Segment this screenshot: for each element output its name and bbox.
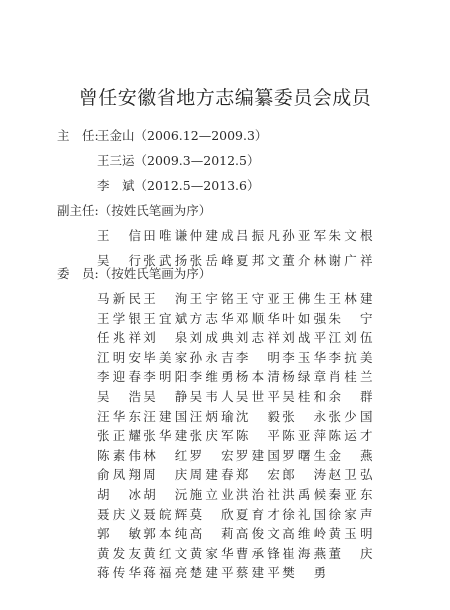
person-name: 王宜斌: [143, 311, 187, 327]
person-name: 罗 宏: [190, 448, 234, 464]
person-name: 孙永吉: [190, 350, 234, 366]
person-name: 沈 毅: [236, 409, 280, 425]
person-name: 江刘伍: [329, 330, 373, 346]
person-name: 周建春: [190, 467, 234, 483]
page-title: 曾任安徽省地方志编纂委员会成员: [0, 83, 450, 110]
person-name: 谢广祥: [329, 253, 373, 269]
person-name: 肖桂兰: [329, 369, 373, 385]
person-name: 聂庆义: [97, 507, 141, 523]
person-name: 夏育才: [236, 507, 280, 523]
person-name: 陈亚萍: [282, 428, 326, 444]
person-name: 刘战平: [282, 330, 326, 346]
director-entry: 李 斌（2012.5—2013.6）: [97, 178, 259, 194]
person-name: 黄红文: [143, 546, 187, 562]
person-name: 吕振凡: [236, 228, 280, 244]
person-name: 郎 涛: [282, 467, 326, 483]
person-name: 杨绿章: [282, 369, 326, 385]
person-name: 张少国: [329, 409, 373, 425]
deputy-label-text: 副主任:: [57, 203, 99, 218]
person-name: 任兆祥: [97, 330, 141, 346]
person-name: 汪炳瑜: [190, 409, 234, 425]
person-name: 罗曙生: [282, 448, 326, 464]
person-name: 陈素伟: [97, 448, 141, 464]
person-name: 王 信: [97, 228, 141, 244]
person-name: 俞凤翔: [97, 467, 141, 483]
person-name: 黄家华: [190, 546, 234, 562]
person-name: 秦亚东: [329, 487, 373, 503]
person-name: 吴桂和: [282, 389, 326, 405]
person-name: 张庆军: [190, 428, 234, 444]
person-name: 李玉华: [282, 350, 326, 366]
deputy-order-note: （按姓氏笔画为序）: [99, 203, 212, 218]
person-name: 黄玉明: [329, 526, 373, 542]
person-name: 夏邦文: [236, 253, 280, 269]
person-name: 施立业: [190, 487, 234, 503]
person-name: 郭本纯: [143, 526, 187, 542]
person-name: 樊 勇: [282, 565, 326, 581]
person-name: 刘 泉: [143, 330, 187, 346]
person-name: 崔海燕: [282, 546, 326, 562]
person-name: 胡 沅: [143, 487, 187, 503]
person-name: 周 庆: [143, 467, 187, 483]
person-name: 洪禹候: [282, 487, 326, 503]
person-name: 王佛生: [282, 291, 326, 307]
person-name: 李迎春: [97, 369, 141, 385]
members-order-note: （按姓氏笔画为序）: [99, 266, 212, 281]
person-name: 李维勇: [190, 369, 234, 385]
person-name: 聂皖辉: [143, 507, 187, 523]
person-name: 徐礼国: [282, 507, 326, 523]
person-name: 朱文根: [329, 228, 373, 244]
person-name: 高维岭: [282, 526, 326, 542]
person-name: 杨本清: [236, 369, 280, 385]
person-name: 高俊文: [236, 526, 280, 542]
person-name: 蒋传华: [97, 565, 141, 581]
person-name: 吴 静: [143, 389, 187, 405]
person-name: 方志华: [190, 311, 234, 327]
person-name: 吴韦人: [190, 389, 234, 405]
deputy-director-label: 副主任:（按姓氏笔画为序）: [57, 203, 211, 219]
person-name: 田唯谦: [143, 228, 187, 244]
person-name: 李明阳: [143, 369, 187, 385]
person-name: 汪华东: [97, 409, 141, 425]
person-name: 金 燕: [329, 448, 373, 464]
person-name: 林 红: [143, 448, 187, 464]
members-label: 委 员:（按姓氏笔画为序）: [57, 266, 211, 282]
person-name: 蔡建平: [236, 565, 280, 581]
person-name: 蒋福亮: [143, 565, 187, 581]
person-name: 毕美家: [143, 350, 187, 366]
person-name: 董 庆: [329, 546, 373, 562]
person-name: 刘成典: [190, 330, 234, 346]
person-name: 楚建平: [190, 565, 234, 581]
person-name: 王守亚: [236, 291, 280, 307]
person-name: 邓顺华: [236, 311, 280, 327]
person-name: 陈运才: [329, 428, 373, 444]
person-name: 郭 敏: [97, 526, 141, 542]
person-name: 李 明: [236, 350, 280, 366]
person-name: 吴世平: [236, 389, 280, 405]
person-name: 刘志祥: [236, 330, 280, 346]
person-name: 王学银: [97, 311, 141, 327]
person-name: 仲建成: [190, 228, 234, 244]
person-name: 董介林: [282, 253, 326, 269]
person-name: 王林建: [329, 291, 373, 307]
members-label-text: 委 员:: [57, 266, 99, 281]
person-name: 张正耀: [97, 428, 141, 444]
person-name: 黄发友: [97, 546, 141, 562]
person-name: 马新民: [97, 291, 141, 307]
person-name: 张华建: [143, 428, 187, 444]
director-label: 主 任:: [57, 128, 99, 144]
person-name: 洪治社: [236, 487, 280, 503]
person-name: 李抗美: [329, 350, 373, 366]
person-name: 曹承锋: [236, 546, 280, 562]
person-name: 胡 冰: [97, 487, 141, 503]
person-name: 孙亚军: [282, 228, 326, 244]
director-entry: 王三运（2009.3—2012.5）: [97, 153, 259, 169]
person-name: 余 群: [329, 389, 373, 405]
person-name: 王宇铭: [190, 291, 234, 307]
person-name: 江明安: [97, 350, 141, 366]
person-name: 朱 宁: [329, 311, 373, 327]
person-name: 吴 浩: [97, 389, 141, 405]
person-name: 张 永: [282, 409, 326, 425]
person-name: 莫 欣: [190, 507, 234, 523]
person-name: 郑 宏: [236, 467, 280, 483]
person-name: 赵卫弘: [329, 467, 373, 483]
director-entry: 王金山（2006.12—2009.3）: [97, 128, 267, 144]
person-name: 徐家声: [329, 507, 373, 523]
person-name: 陈 平: [236, 428, 280, 444]
person-name: 王 洵: [143, 291, 187, 307]
person-name: 罗建国: [236, 448, 280, 464]
person-name: 高 莉: [190, 526, 234, 542]
person-name: 叶如强: [282, 311, 326, 327]
person-name: 汪建国: [143, 409, 187, 425]
